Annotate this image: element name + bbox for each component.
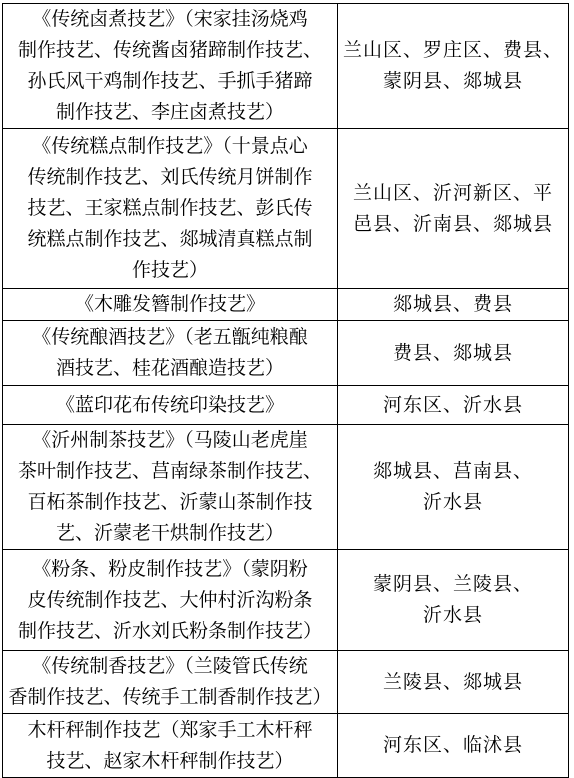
- table-row: 《沂州制茶技艺》（马陵山老虎崖 茶叶制作技艺、莒南绿茶制作技艺、 百柘茶制作技艺…: [3, 425, 569, 550]
- regions-cell: 郯城县、费县: [338, 289, 569, 321]
- regions-cell: 兰山区、沂河新区、平 邑县、沂南县、郯城县: [338, 129, 569, 289]
- heritage-table-body: 《传统卤煮技艺》（宋家挂汤烧鸡 制作技艺、传统酱卤猪蹄制作技艺、 孙氏风干鸡制作…: [3, 4, 569, 778]
- regions-cell: 费县、郯城县: [338, 321, 569, 386]
- craft-cell: 《木雕发簪制作技艺》: [3, 289, 338, 321]
- table-row: 《传统卤煮技艺》（宋家挂汤烧鸡 制作技艺、传统酱卤猪蹄制作技艺、 孙氏风干鸡制作…: [3, 4, 569, 129]
- table-row: 《粉条、粉皮制作技艺》（蒙阴粉 皮传统制作技艺、大仲村沂沟粉条 制作技艺、沂水刘…: [3, 550, 569, 651]
- regions-cell: 兰陵县、郯城县: [338, 651, 569, 714]
- regions-text: 郯城县、费县: [343, 289, 563, 320]
- document-page: 《传统卤煮技艺》（宋家挂汤烧鸡 制作技艺、传统酱卤猪蹄制作技艺、 孙氏风干鸡制作…: [0, 0, 574, 778]
- craft-cell: 《传统制香技艺》（兰陵管氏传统 香制作技艺、传统手工制香制作技艺）: [3, 651, 338, 714]
- craft-text: 木杆秤制作技艺（郑家手工木杆秤 技艺、赵家木杆秤制作技艺）: [8, 715, 332, 777]
- table-row: 《蓝印花布传统印染技艺》 河东区、沂水县: [3, 386, 569, 425]
- regions-cell: 河东区、沂水县: [338, 386, 569, 425]
- craft-text: 《传统制香技艺》（兰陵管氏传统 香制作技艺、传统手工制香制作技艺）: [8, 651, 332, 713]
- regions-cell: 郯城县、莒南县、 沂水县: [338, 425, 569, 550]
- table-row: 《传统糕点制作技艺》（十景点心 传统制作技艺、刘氏传统月饼制作 技艺、王家糕点制…: [3, 129, 569, 289]
- craft-text: 《沂州制茶技艺》（马陵山老虎崖 茶叶制作技艺、莒南绿茶制作技艺、 百柘茶制作技艺…: [8, 425, 332, 549]
- table-row: 《木雕发簪制作技艺》 郯城县、费县: [3, 289, 569, 321]
- table-row: 《传统酿酒技艺》（老五甑纯粮酿 酒技艺、桂花酒酿造技艺） 费县、郯城县: [3, 321, 569, 386]
- craft-text: 《蓝印花布传统印染技艺》: [8, 390, 332, 421]
- craft-cell: 《粉条、粉皮制作技艺》（蒙阴粉 皮传统制作技艺、大仲村沂沟粉条 制作技艺、沂水刘…: [3, 550, 338, 651]
- craft-cell: 木杆秤制作技艺（郑家手工木杆秤 技艺、赵家木杆秤制作技艺）: [3, 714, 338, 778]
- regions-text: 河东区、沂水县: [343, 390, 563, 421]
- craft-text: 《粉条、粉皮制作技艺》（蒙阴粉 皮传统制作技艺、大仲村沂沟粉条 制作技艺、沂水刘…: [8, 554, 332, 647]
- regions-text: 费县、郯城县: [343, 338, 563, 369]
- regions-text: 兰山区、沂河新区、平 邑县、沂南县、郯城县: [343, 178, 563, 240]
- craft-text: 《传统卤煮技艺》（宋家挂汤烧鸡 制作技艺、传统酱卤猪蹄制作技艺、 孙氏风干鸡制作…: [8, 4, 332, 128]
- craft-text: 《传统酿酒技艺》（老五甑纯粮酿 酒技艺、桂花酒酿造技艺）: [8, 322, 332, 384]
- regions-text: 兰陵县、郯城县: [343, 667, 563, 698]
- craft-cell: 《传统酿酒技艺》（老五甑纯粮酿 酒技艺、桂花酒酿造技艺）: [3, 321, 338, 386]
- regions-cell: 兰山区、罗庄区、费县、 蒙阴县、郯城县: [338, 4, 569, 129]
- regions-cell: 蒙阴县、兰陵县、 沂水县: [338, 550, 569, 651]
- craft-cell: 《传统糕点制作技艺》（十景点心 传统制作技艺、刘氏传统月饼制作 技艺、王家糕点制…: [3, 129, 338, 289]
- heritage-table: 《传统卤煮技艺》（宋家挂汤烧鸡 制作技艺、传统酱卤猪蹄制作技艺、 孙氏风干鸡制作…: [2, 3, 569, 778]
- table-row: 木杆秤制作技艺（郑家手工木杆秤 技艺、赵家木杆秤制作技艺） 河东区、临沭县: [3, 714, 569, 778]
- table-row: 《传统制香技艺》（兰陵管氏传统 香制作技艺、传统手工制香制作技艺） 兰陵县、郯城…: [3, 651, 569, 714]
- craft-cell: 《沂州制茶技艺》（马陵山老虎崖 茶叶制作技艺、莒南绿茶制作技艺、 百柘茶制作技艺…: [3, 425, 338, 550]
- regions-text: 蒙阴县、兰陵县、 沂水县: [343, 569, 563, 631]
- regions-cell: 河东区、临沭县: [338, 714, 569, 778]
- craft-text: 《传统糕点制作技艺》（十景点心 传统制作技艺、刘氏传统月饼制作 技艺、王家糕点制…: [8, 131, 332, 286]
- regions-text: 河东区、临沭县: [343, 730, 563, 761]
- craft-cell: 《传统卤煮技艺》（宋家挂汤烧鸡 制作技艺、传统酱卤猪蹄制作技艺、 孙氏风干鸡制作…: [3, 4, 338, 129]
- craft-text: 《木雕发簪制作技艺》: [8, 289, 332, 320]
- regions-text: 兰山区、罗庄区、费县、 蒙阴县、郯城县: [343, 35, 563, 97]
- craft-cell: 《蓝印花布传统印染技艺》: [3, 386, 338, 425]
- regions-text: 郯城县、莒南县、 沂水县: [343, 456, 563, 518]
